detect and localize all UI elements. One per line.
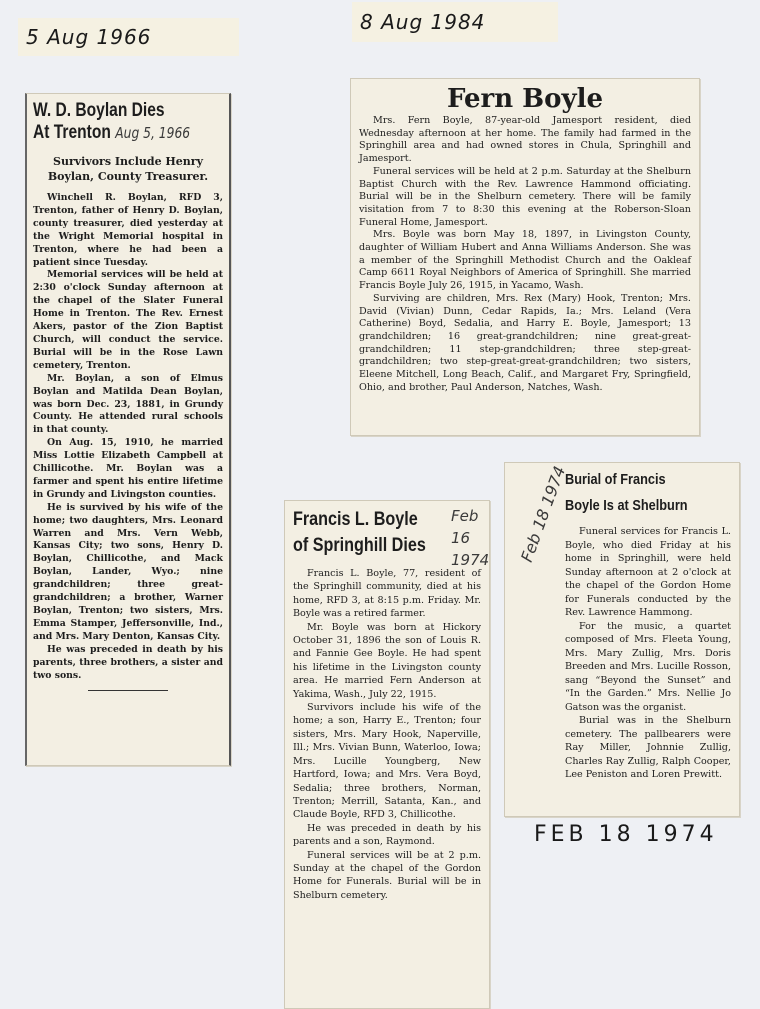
date-label-1966: 5 Aug 1966 bbox=[18, 18, 239, 56]
headline-line-1: Burial of Francis bbox=[565, 467, 706, 493]
paragraph: Mrs. Boyle was born May 18, 1897, in Liv… bbox=[359, 229, 691, 293]
handwritten-date-bottom: FEB 18 1974 bbox=[534, 822, 718, 847]
paragraph: Survivors include his wife of the home; … bbox=[293, 701, 481, 822]
paragraph: Burial was in the Shelburn cemetery. The… bbox=[565, 714, 731, 782]
subheadline: Survivors Include Henry Boylan, County T… bbox=[33, 154, 223, 184]
paragraph: He was preceded in death by his parents … bbox=[293, 822, 481, 849]
paragraph: Francis L. Boyle, 77, resident of the Sp… bbox=[293, 567, 481, 621]
paragraph: Winchell R. Boylan, RFD 3, Trenton, fath… bbox=[33, 192, 223, 269]
paragraph: On Aug. 15, 1910, he married Miss Lottie… bbox=[33, 437, 223, 502]
clipping-boylan-obituary: W. D. Boylan Dies At Trenton Aug 5, 1966… bbox=[25, 93, 231, 766]
headline-line-2: of Springhill Dies bbox=[293, 533, 453, 559]
headline-line-1: W. D. Boylan Dies bbox=[33, 100, 189, 122]
paragraph: He is survived by his wife of the home; … bbox=[33, 502, 223, 644]
headline-line-1: Francis L. Boyle bbox=[293, 507, 453, 533]
paragraph: For the music, a quartet composed of Mrs… bbox=[565, 620, 731, 715]
paragraph: Mr. Boylan, a son of Elmus Boylan and Ma… bbox=[33, 373, 223, 438]
paragraph: Mr. Boyle was born at Hickory October 31… bbox=[293, 621, 481, 701]
date-label-1984: 8 Aug 1984 bbox=[352, 2, 558, 42]
paragraph: Funeral services for Francis L. Boyle, w… bbox=[565, 525, 731, 620]
paragraph: Funeral services will be at 2 p.m. Sunda… bbox=[293, 849, 481, 903]
headline: Fern Boyle bbox=[359, 83, 691, 115]
paragraph: Funeral services will be held at 2 p.m. … bbox=[359, 166, 691, 230]
divider bbox=[88, 690, 168, 691]
handwritten-date: Aug 5, 1966 bbox=[115, 124, 190, 142]
paragraph: Surviving are children, Mrs. Rex (Mary) … bbox=[359, 293, 691, 395]
clipping-burial-notice: Feb 18 1974 Burial of Francis Boyle Is a… bbox=[504, 462, 740, 817]
handwritten-date: Feb 16 1974 bbox=[451, 505, 485, 571]
paragraph: Memorial services will be held at 2:30 o… bbox=[33, 269, 223, 372]
clipping-francis-boyle-obituary: Francis L. Boyle of Springhill Dies Feb … bbox=[284, 500, 490, 1009]
headline-line-2: At Trenton Aug 5, 1966 bbox=[33, 122, 189, 144]
clipping-fern-boyle-obituary: Fern Boyle Mrs. Fern Boyle, 87-year-old … bbox=[350, 78, 700, 436]
headline-line-2: Boyle Is at Shelburn bbox=[565, 493, 706, 519]
paragraph: He was preceded in death by his parents,… bbox=[33, 644, 223, 683]
paragraph: Mrs. Fern Boyle, 87-year-old Jamesport r… bbox=[359, 115, 691, 166]
handwritten-date: Feb 18 1974 bbox=[517, 464, 569, 565]
